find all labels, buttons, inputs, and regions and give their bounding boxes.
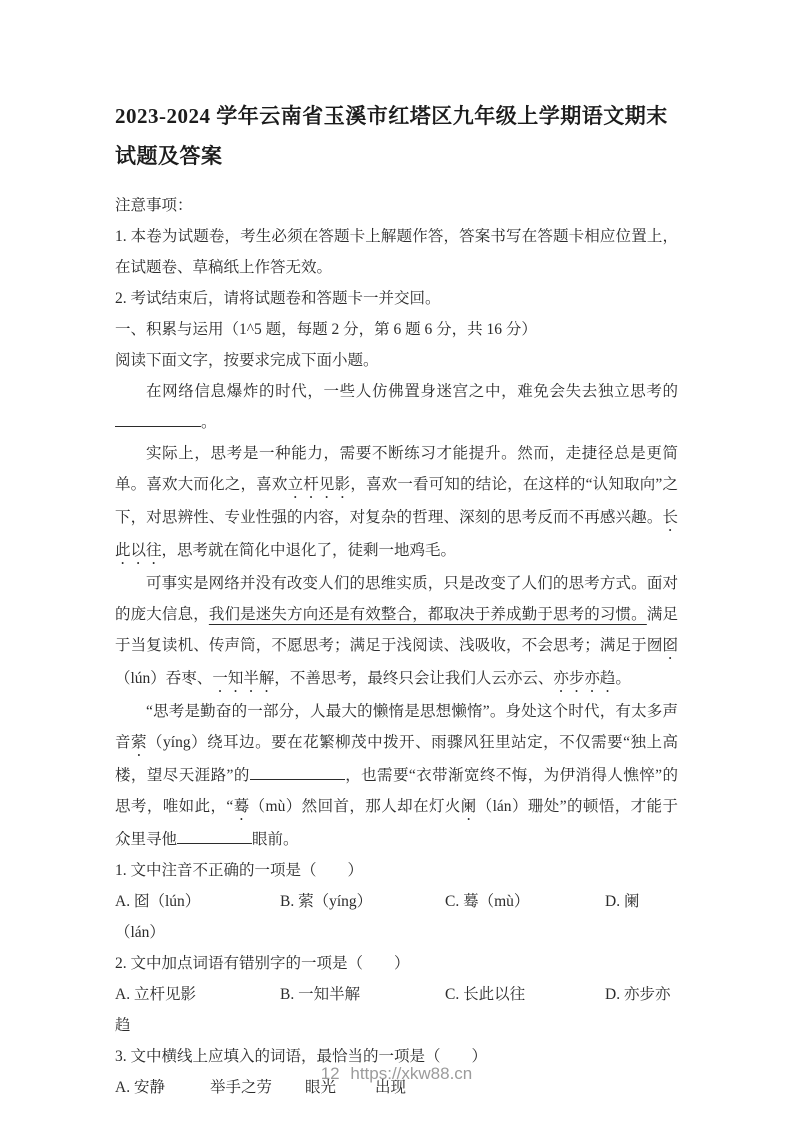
page-content: 2023-2024 学年云南省玉溪市红塔区九年级上学期语文期末 试题及答案 注意… [115,96,678,1103]
text-segment: ，不善思考，最终只会让我们人云亦云、 [274,670,553,687]
question-2-option-d-continuation: 趋 [115,1010,678,1041]
blank-sm-segment [177,828,252,844]
notice-heading: 注意事项： [115,190,678,221]
passage-paragraph-1: 在网络信息爆炸的时代，一些人仿佛置身迷宫之中，难免会失去独立思考的。 [115,376,678,438]
question-1-option-d-continuation: （lán） [115,917,678,948]
question-2-options: A. 立杆见影 B. 一知半解 C. 长此以往 D. 亦步亦 [115,979,678,1010]
text-segment: 。 [615,670,631,687]
question-1-option-c: C. 蓦（mù） [445,886,605,917]
exam-document-page: 2023-2024 学年云南省玉溪市红塔区九年级上学期语文期末 试题及答案 注意… [0,0,793,1122]
notice-item-2: 2. 考试结束后，请将试题卷和答题卡一并交回。 [115,283,678,314]
underline-segment: 我们是迷失方向还是有效整合，都取决于养成勤于思考的习惯。 [209,606,647,623]
passage-paragraph-3: 可事实是网络并没有改变人们的思维实质，只是改变了人们的思考方式。面对的庞大信息，… [115,568,678,696]
question-2-option-b: B. 一知半解 [280,979,445,1010]
notice-item-1: 1. 本卷为试题卷，考生必须在答题卡上解题作答，答案书写在答题卡相应位置上，在试… [115,221,678,283]
question-1-option-d: D. 阑 [605,886,678,917]
question-1-option-a: A. 囵（lún） [115,886,280,917]
emphasis-dots-segment: 囵 [662,637,678,654]
emphasis-dots-segment: 亦步亦趋 [553,670,615,687]
footer-url: https://xkw88.cn [350,1064,472,1083]
text-segment: 在网络信息爆炸的时代，一些人仿佛置身迷宫之中，难免会失去独立思考的 [146,383,678,400]
question-2-option-a: A. 立杆见影 [115,979,280,1010]
question-1-option-b: B. 萦（yíng） [280,886,445,917]
question-2-stem: 2. 文中加点词语有错别字的一项是（ ） [115,948,678,979]
page-footer: 12 https://xkw88.cn [0,1064,793,1084]
emphasis-dots-segment: 萦 [131,734,147,751]
passage-paragraph-2: 实际上，思考是一种能力，需要不断练习才能提升。然而，走捷径总是更简单。喜欢大而化… [115,438,678,568]
text-segment: （lún）吞枣、 [115,670,212,687]
emphasis-dots-segment: 阑 [461,798,477,815]
question-1-stem: 1. 文中注音不正确的一项是（ ） [115,855,678,886]
title-line-1: 2023-2024 学年云南省玉溪市红塔区九年级上学期语文期末 [115,96,678,136]
reading-prompt: 阅读下面文字，按要求完成下面小题。 [115,345,678,376]
question-2-option-c: C. 长此以往 [445,979,605,1010]
text-segment: 眼前。 [252,831,299,848]
emphasis-dots-segment: 立杆见影 [288,476,351,493]
question-1-options: A. 囵（lún） B. 萦（yíng） C. 蓦（mù） D. 阑 [115,886,678,917]
passage-paragraph-4: “思考是勤奋的一部分，人最大的懒惰是思想懒惰”。身处这个时代，有太多声音萦（yí… [115,696,678,855]
blank-lg-segment [115,411,201,427]
page-number: 12 [321,1064,340,1083]
emphasis-dots-segment: 一知半解 [212,670,274,687]
title-line-2: 试题及答案 [115,136,678,176]
text-segment: （mù）然回首，那人却在灯火 [250,798,461,815]
text-segment: ，思考就在简化中退化了，徒剩一地鸡毛。 [162,542,457,559]
emphasis-dots-segment: 蓦 [233,798,249,815]
text-segment: 。 [201,414,217,431]
section-heading: 一、积累与运用（1^5 题，每题 2 分，第 6 题 6 分，共 16 分） [115,314,678,345]
document-title: 2023-2024 学年云南省玉溪市红塔区九年级上学期语文期末 试题及答案 [115,96,678,176]
question-2-option-d: D. 亦步亦 [605,979,678,1010]
blank-md-segment [250,764,345,780]
